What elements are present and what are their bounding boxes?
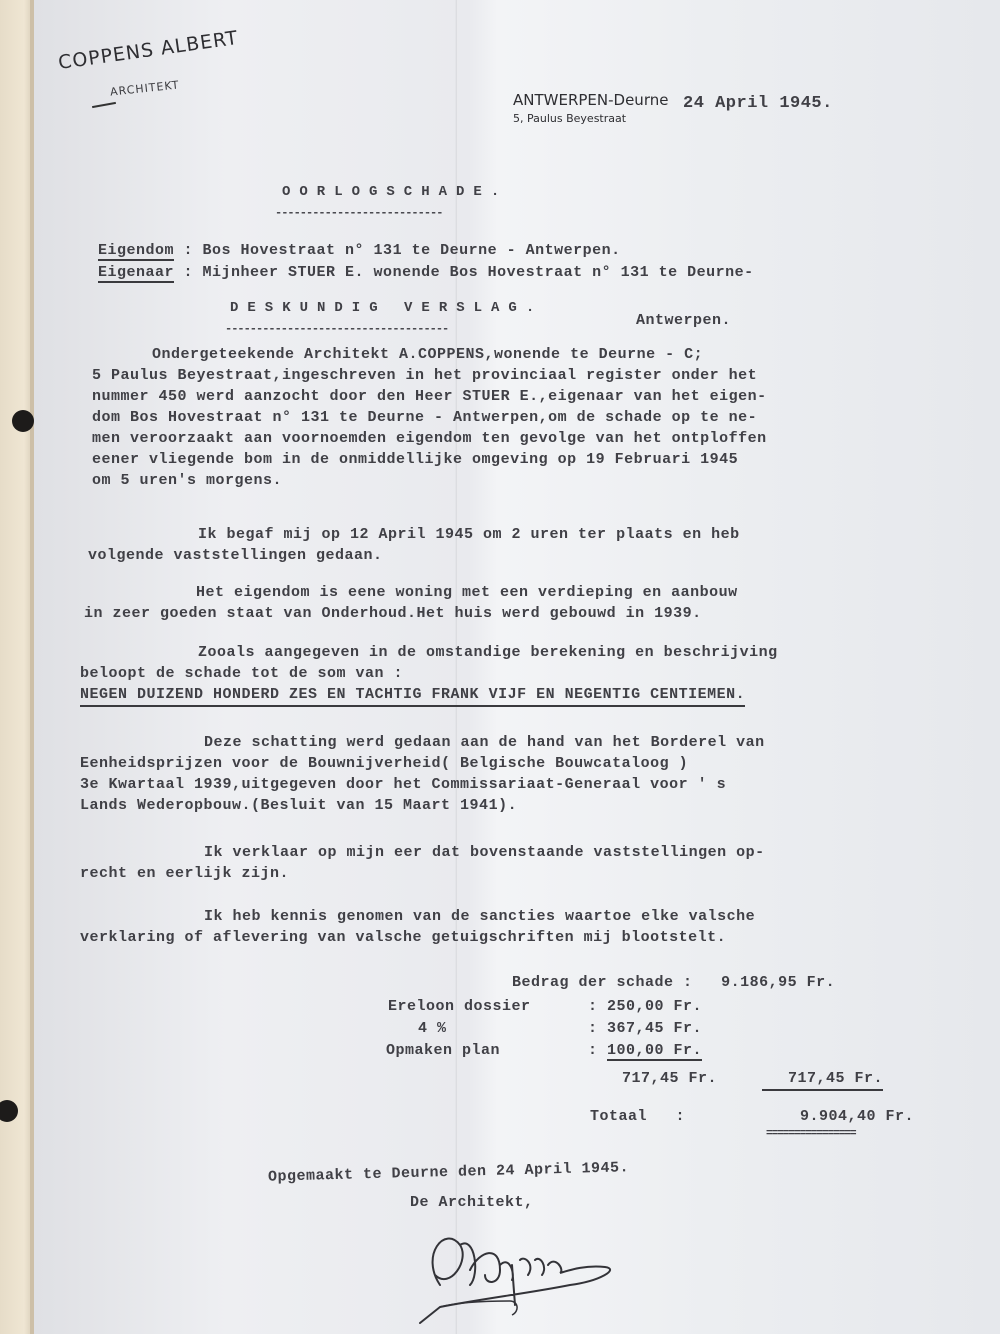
signature — [400, 1215, 650, 1325]
document-title: OORLOGSCHADE. — [282, 184, 508, 200]
paragraph-declaration: Ik verklaar op mijn eer dat bovenstaande… — [80, 842, 765, 884]
paragraph-intro: Ondergeteekende Architekt A.COPPENS,wone… — [92, 344, 767, 491]
document-date: 24 April 1945. — [683, 94, 833, 113]
closing-signatory: De Architekt, — [410, 1192, 534, 1213]
cost-item: 4 %: 367,45 Fr. — [388, 1018, 702, 1039]
field-eigenaar-value: : Mijnheer STUER E. wonende Bos Hovestra… — [184, 264, 754, 281]
damage-amount-words: NEGEN DUIZEND HONDERD ZES EN TACHTIG FRA… — [80, 684, 745, 707]
cost-total-label: Totaal : — [590, 1106, 685, 1127]
field-eigenaar-label: Eigenaar — [98, 264, 174, 283]
document-subtitle: DESKUNDIG VERSLAG. — [230, 300, 543, 316]
address-city: ANTWERPEN-Deurne — [513, 91, 668, 109]
cost-item: Opmaken plan: 100,00 Fr. — [386, 1040, 702, 1061]
paragraph-property: Het eigendom is eene woning met een verd… — [84, 582, 738, 624]
field-eigendom-label: Eigendom — [98, 242, 174, 261]
address-street: 5, Paulus Beyestraat — [513, 112, 626, 125]
paragraph-damage: Zooals aangegeven in de omstandige berek… — [80, 642, 778, 707]
paragraph-visit: Ik begaf mij op 12 April 1945 om 2 uren … — [88, 524, 740, 566]
cost-subtotal: 717,45 Fr. — [622, 1068, 717, 1089]
paragraph-estimate: Deze schatting werd gedaan aan de hand v… — [80, 732, 765, 816]
cost-total-underline: ================ — [766, 1128, 856, 1140]
subtitle-underline: ------------------------------------ — [225, 322, 448, 336]
field-eigendom-value: : Bos Hovestraat n° 131 te Deurne - Antw… — [184, 242, 621, 259]
paragraph-sanctions: Ik heb kennis genomen van de sancties wa… — [80, 906, 755, 948]
cost-damage-label: Bedrag der schade — [512, 974, 674, 991]
cost-item: Ereloon dossier: 250,00 Fr. — [388, 996, 702, 1017]
title-underline: --------------------------- — [275, 206, 442, 220]
punch-hole — [12, 410, 34, 432]
cost-damage: Bedrag der schade : 9.186,95 Fr. — [512, 972, 835, 993]
field-eigenaar: Eigenaar : Mijnheer STUER E. wonende Bos… — [98, 262, 754, 283]
cost-subtotal-carried: 717,45 Fr. — [762, 1068, 883, 1091]
field-eigendom: Eigendom : Bos Hovestraat n° 131 te Deur… — [98, 240, 621, 261]
field-eigenaar-cont: Antwerpen. — [636, 310, 731, 331]
cost-total-value: 9.904,40 Fr. — [800, 1106, 914, 1127]
cost-damage-value: 9.186,95 Fr. — [721, 974, 835, 991]
